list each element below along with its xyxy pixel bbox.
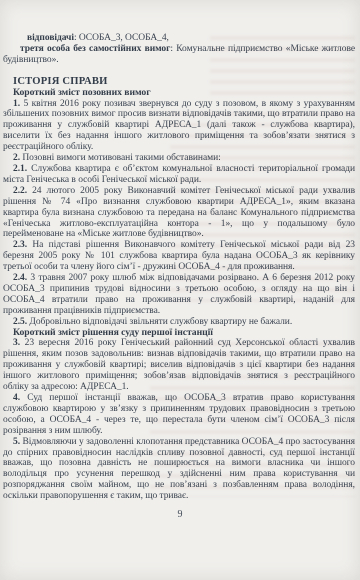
party-label: третя особа без самостійних вимог — [20, 44, 170, 54]
paragraph-text: 23 вересня 2016 року Генічеський районни… — [3, 338, 355, 392]
paragraph-text: Відмовляючи у задоволенні клопотання пре… — [3, 437, 355, 502]
scanned-court-decision-page: відповідачі: ОСОБА_3, ОСОБА_4, третя осо… — [0, 0, 360, 580]
paragraph-text: 24 лютого 2005 року Виконавчий комітет Г… — [3, 186, 355, 240]
paragraph-number: 3. — [13, 338, 20, 348]
paragraph-text: Добровільно відповідачі звільняти службо… — [29, 317, 292, 327]
paragraph-text: 5 квітня 2016 року позивач звернувся до … — [3, 99, 355, 153]
paragraph-5: 5. Відмовляючи у задоволенні клопотання … — [3, 437, 355, 502]
party-line-respondents: відповідачі: ОСОБА_3, ОСОБА_4, — [3, 33, 355, 44]
party-label: відповідачі — [27, 33, 74, 43]
section-heading-case-history: ІСТОРІЯ СПРАВИ — [3, 77, 355, 88]
paragraph-text: На підставі рішення Виконавчого комітету… — [3, 240, 355, 272]
paragraph-text: Службова квартира є об’єктом комунальної… — [3, 164, 355, 185]
paragraph-4: 4. Суд першої інстанції вважав, що ОСОБА… — [3, 393, 355, 437]
paragraph-number: 2.5. — [13, 317, 27, 327]
subheading-claims-summary: Короткий зміст позовних вимог — [3, 88, 355, 99]
paragraph-2-4: 2.4. 3 травня 2007 року шлюб між відпові… — [3, 273, 355, 317]
party-line-third-party: третя особа без самостійних вимог: Комун… — [3, 44, 355, 66]
subheading-first-instance-ruling: Короткий зміст рішення суду першої інста… — [3, 328, 355, 339]
paragraph-number: 2.2. — [13, 186, 27, 196]
paragraph-1: 1. 5 квітня 2016 року позивач звернувся … — [3, 99, 355, 154]
paragraph-number: 2.4. — [13, 273, 27, 283]
paragraph-2-5: 2.5. Добровільно відповідачі звільняти с… — [3, 317, 355, 328]
paragraph-number: 4. — [13, 393, 20, 403]
paragraph-number: 2. — [13, 153, 20, 163]
party-value: : ОСОБА_3, ОСОБА_4, — [74, 33, 169, 43]
paragraph-2-1: 2.1. Службова квартира є об’єктом комуна… — [3, 164, 355, 186]
paragraph-3: 3. 23 вересня 2016 року Генічеський райо… — [3, 338, 355, 393]
paragraph-number: 2.3. — [13, 240, 27, 250]
document-content: відповідачі: ОСОБА_3, ОСОБА_4, третя осо… — [3, 33, 355, 502]
page-number: 9 — [0, 509, 360, 520]
paragraph-2-2: 2.2. 24 лютого 2005 року Виконавчий комі… — [3, 186, 355, 241]
paragraph-2-3: 2.3. На підставі рішення Виконавчого ком… — [3, 240, 355, 273]
paragraph-text: Суд першої інстанції вважав, що ОСОБА_3 … — [3, 393, 355, 436]
paragraph-number: 1. — [13, 99, 20, 109]
paragraph-text: Позовні вимоги мотивовані такими обстави… — [22, 153, 220, 163]
paragraph-number: 5. — [13, 437, 20, 447]
paragraph-2: 2. Позовні вимоги мотивовані такими обст… — [3, 153, 355, 164]
paragraph-text: 3 травня 2007 року шлюб між відповідачам… — [3, 273, 355, 316]
paragraph-number: 2.1. — [13, 164, 27, 174]
